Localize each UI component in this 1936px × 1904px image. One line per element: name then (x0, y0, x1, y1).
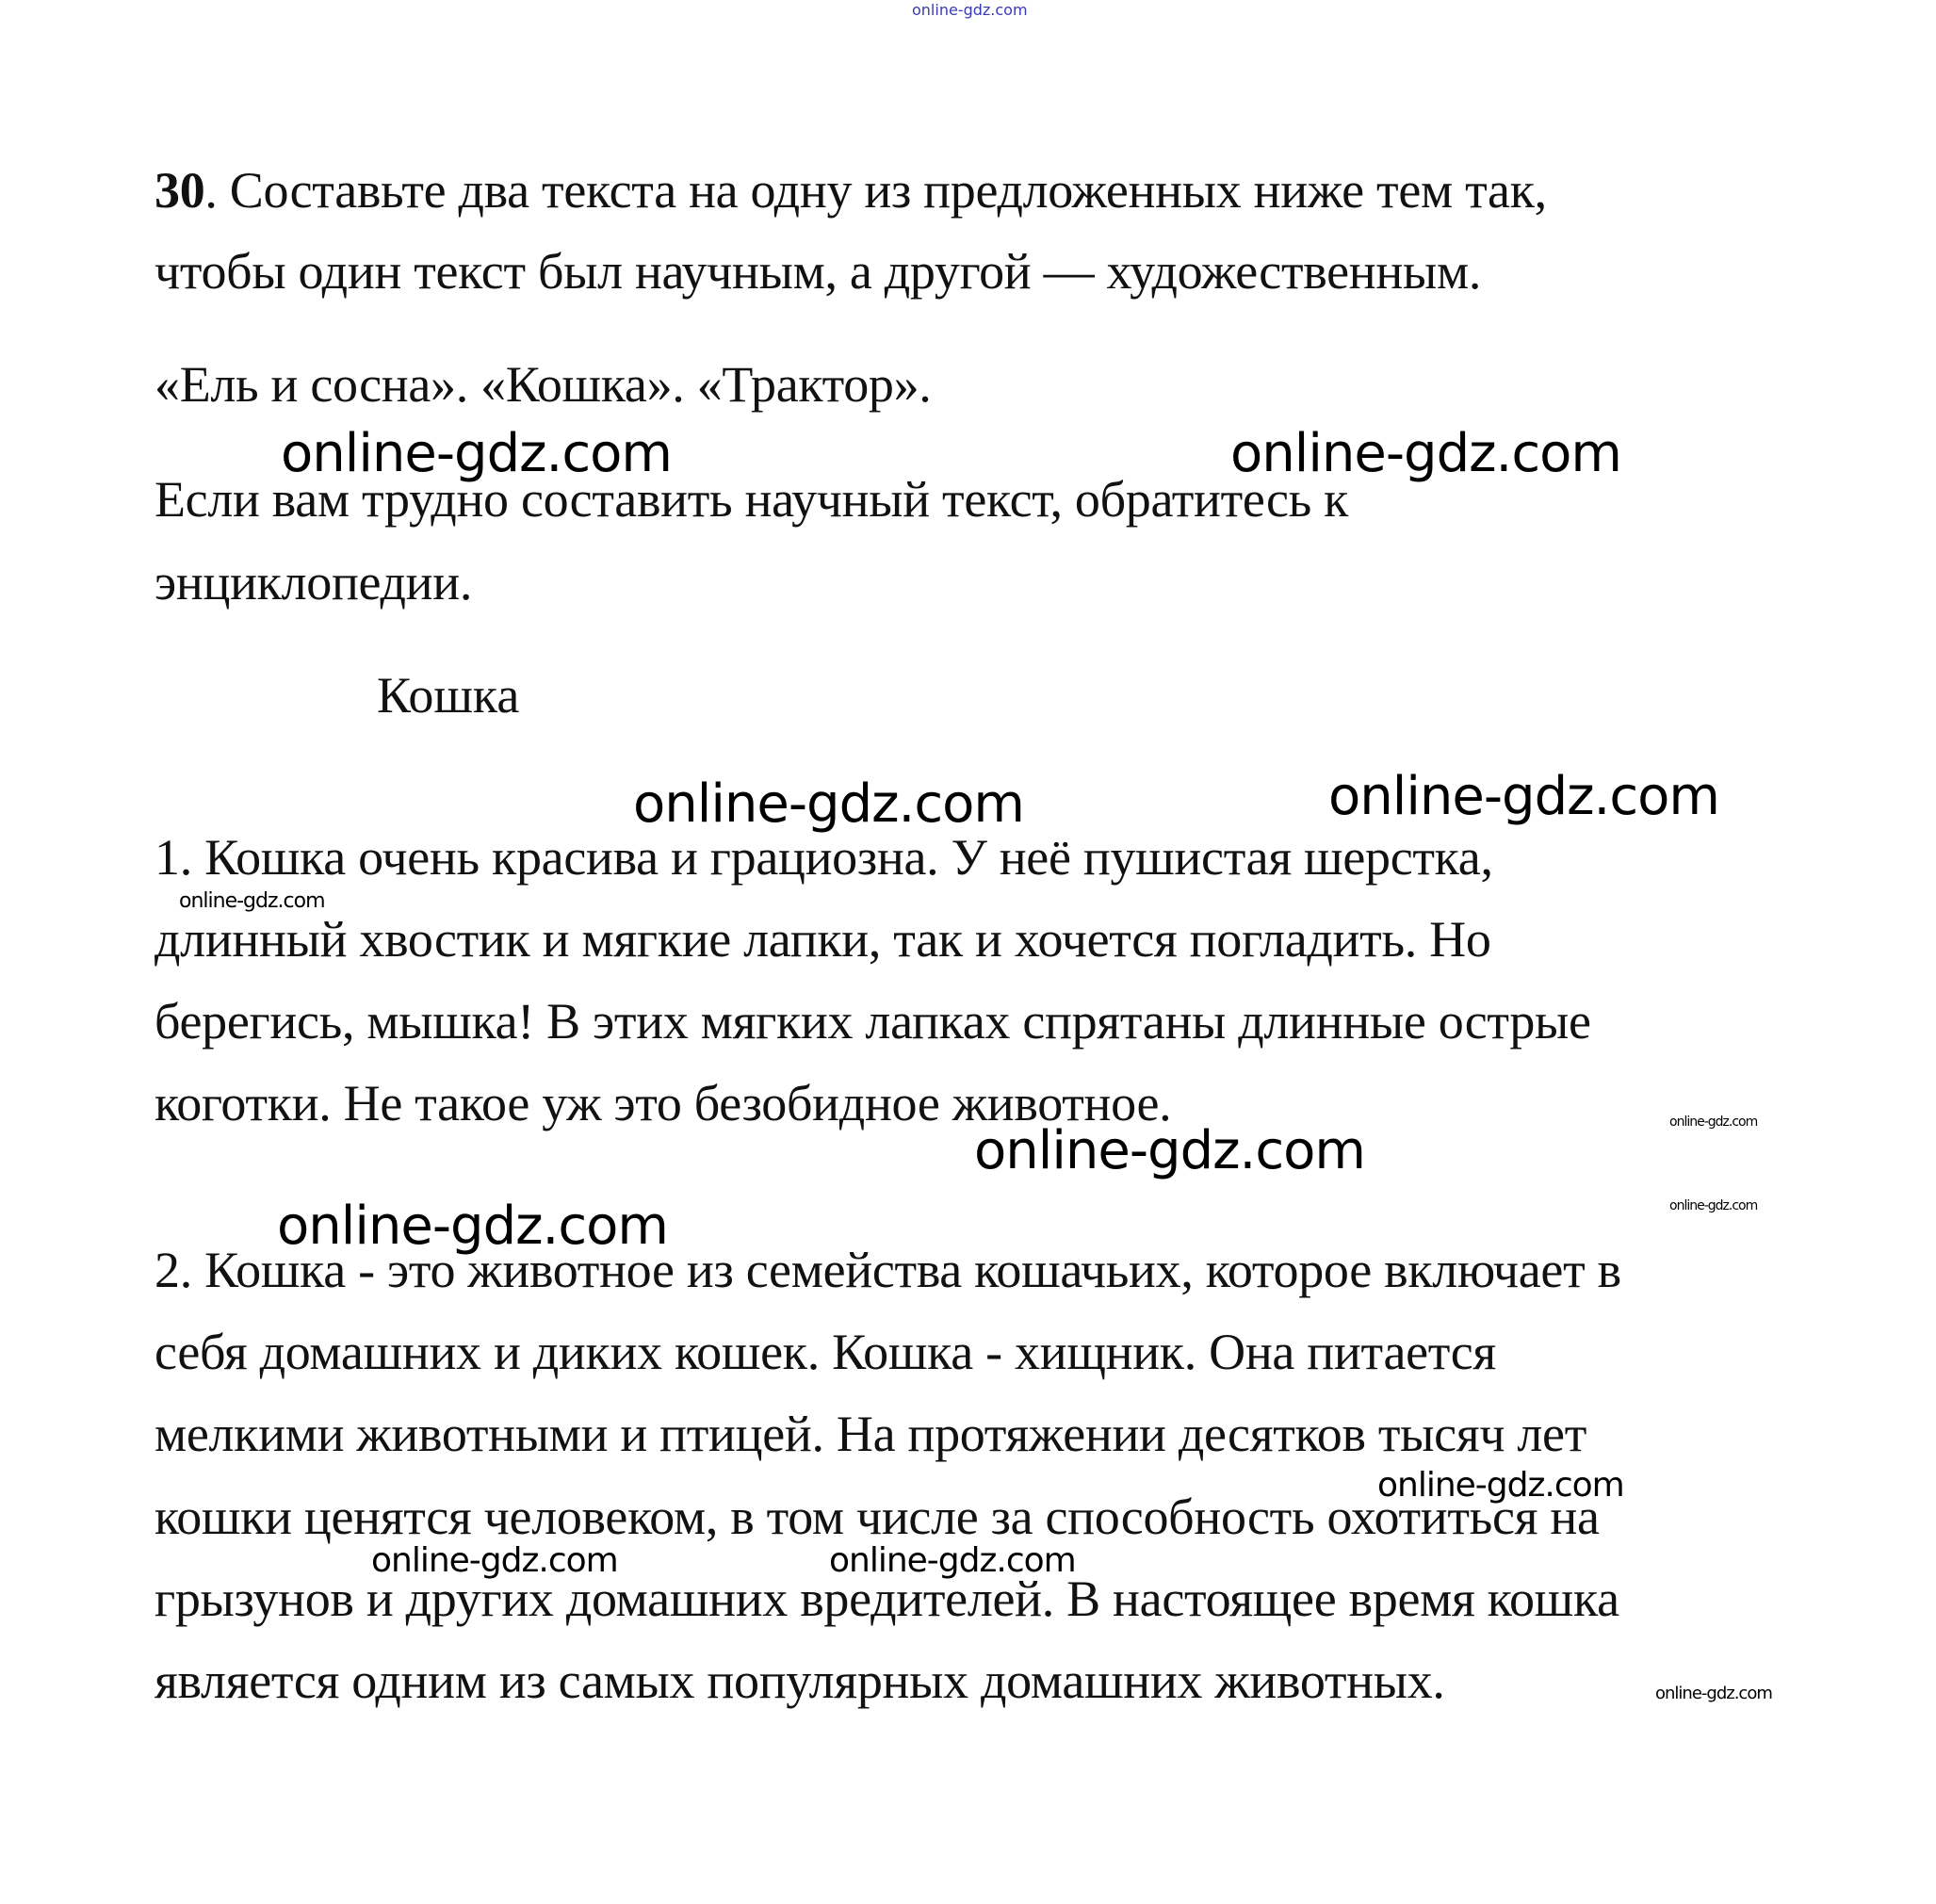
answer-title: Кошка (377, 667, 519, 724)
watermark: online-gdz.com (829, 1542, 1076, 1580)
text2-line-3: мелкими животными и птицей. На протяжени… (155, 1406, 1586, 1462)
task-instruction-line-1: 30. Составьте два текста на одну из пред… (155, 162, 1547, 219)
watermark: online-gdz.com (1328, 769, 1719, 825)
task-number: 30 (155, 162, 204, 219)
watermark: online-gdz.com (1669, 1198, 1757, 1213)
task-hint-line-2: энциклопедии. (155, 554, 472, 610)
task-topics: «Ель и сосна». «Кошка». «Трактор». (155, 356, 932, 413)
watermark: online-gdz.com (1655, 1686, 1772, 1701)
text1-line-1: 1. Кошка очень красива и грациозна. У не… (155, 829, 1493, 886)
watermark: online-gdz.com (1377, 1467, 1624, 1505)
watermark: online-gdz.com (974, 1123, 1365, 1180)
watermark: online-gdz.com (277, 1198, 668, 1255)
header-watermark: online-gdz.com (912, 2, 1028, 19)
watermark: online-gdz.com (1669, 1115, 1757, 1130)
text2-line-6: является одним из самых популярных домаш… (155, 1652, 1445, 1709)
watermark: online-gdz.com (179, 890, 325, 913)
text1-line-2: длинный хвостик и мягкие лапки, так и хо… (155, 911, 1491, 968)
task-instruction-line-2: чтобы один текст был научным, а другой —… (155, 243, 1481, 300)
watermark: online-gdz.com (1230, 426, 1621, 482)
watermark: online-gdz.com (633, 776, 1024, 833)
text2-line-2: себя домашних и диких кошек. Кошка - хищ… (155, 1324, 1496, 1380)
watermark: online-gdz.com (371, 1542, 618, 1580)
text1-line-3: берегись, мышка! В этих мягких лапках сп… (155, 993, 1591, 1050)
watermark: online-gdz.com (281, 426, 672, 482)
